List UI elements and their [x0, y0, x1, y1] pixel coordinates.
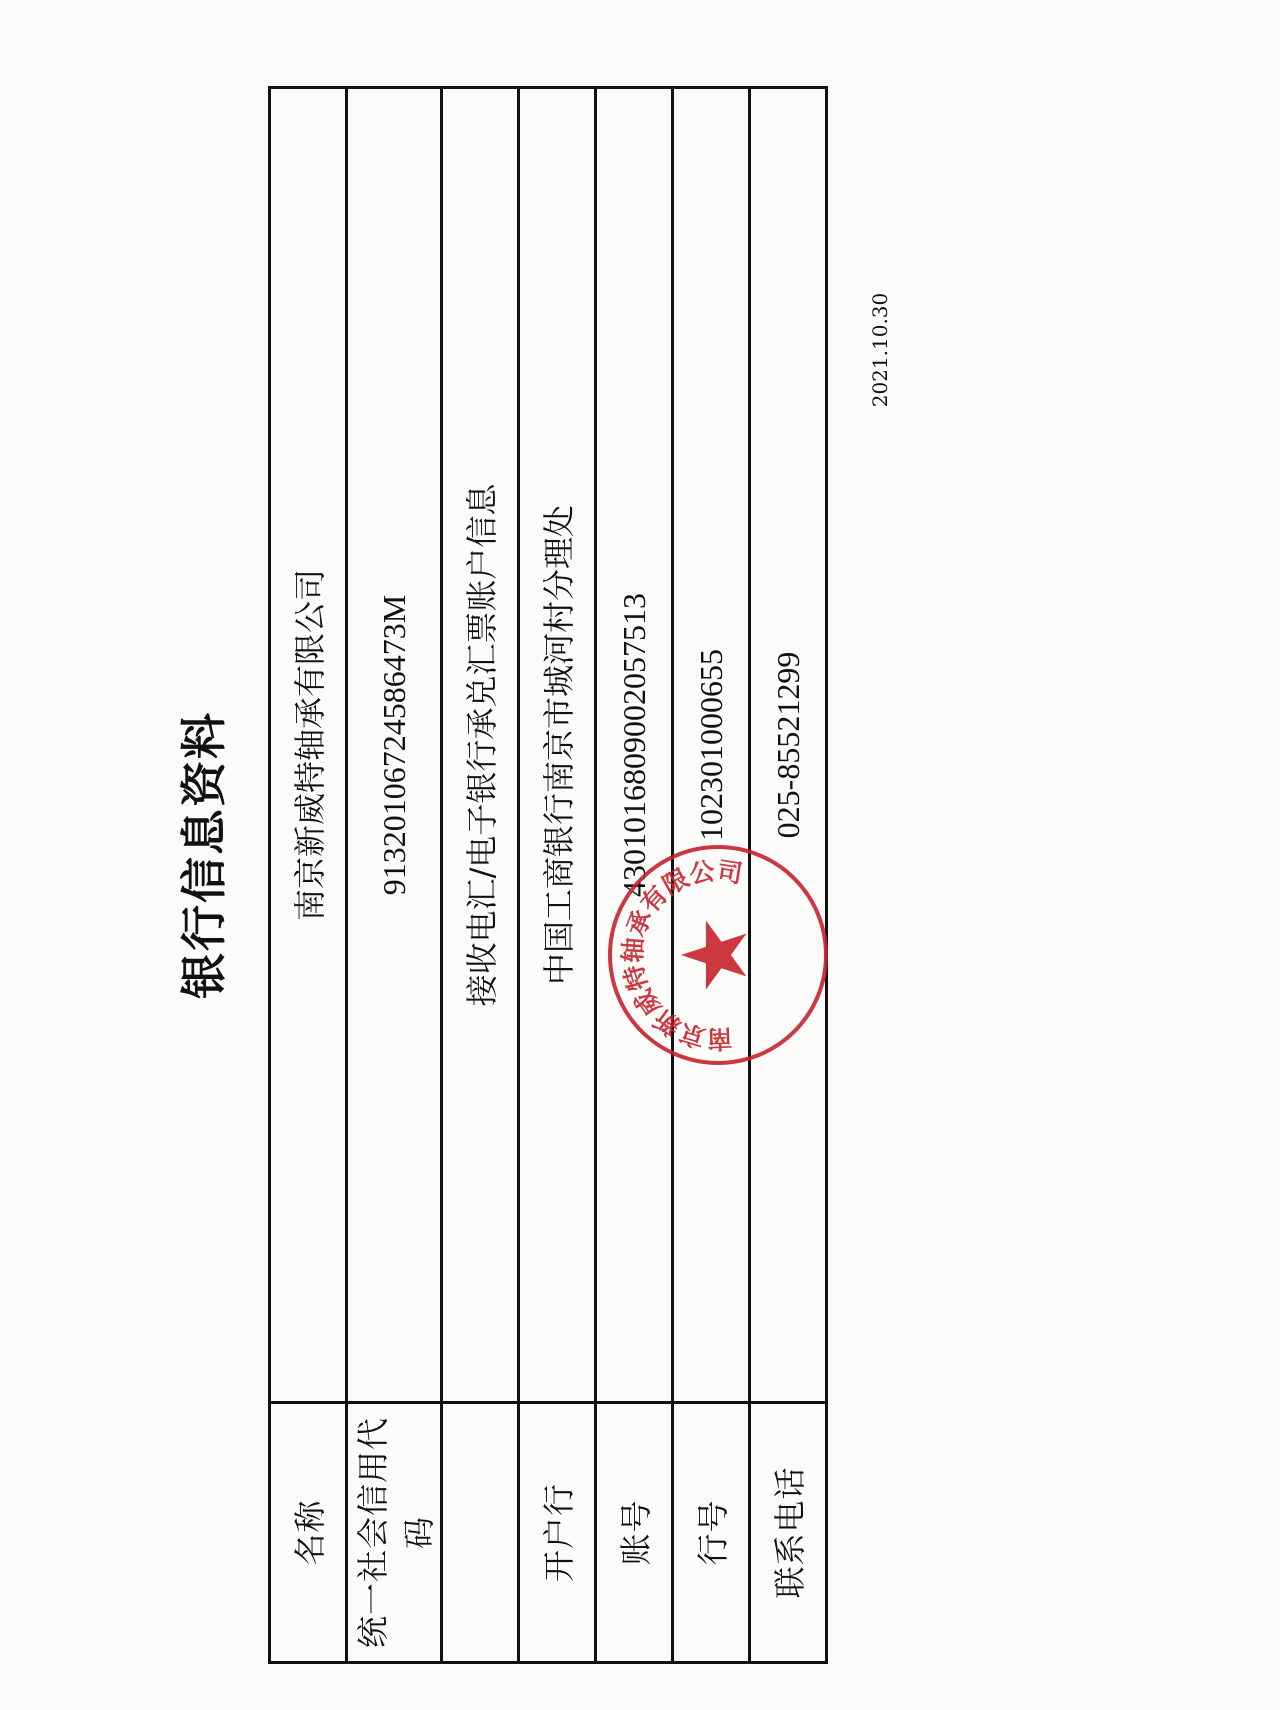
value-bank-code: 102301000655: [673, 88, 750, 1403]
table-row: 接收电汇/电子银行承兑汇票账户信息: [442, 88, 519, 1663]
value-credit-code: 91320106724586473M: [347, 88, 442, 1403]
document-date: 2021.10.30: [868, 270, 892, 430]
label-bank: 开户行: [519, 1403, 596, 1663]
value-phone: 025-85521299: [750, 88, 827, 1403]
star-icon: ★: [671, 915, 761, 996]
label-name: 名称: [270, 1403, 347, 1663]
document-page: 银行信息资料 名称 南京新威特轴承有限公司 统一社会信用代码 913201067…: [0, 0, 1280, 1710]
label-empty: [442, 1403, 519, 1663]
table-row: 名称 南京新威特轴承有限公司: [270, 88, 347, 1663]
label-credit-code: 统一社会信用代码: [347, 1403, 442, 1663]
label-account-number: 账号: [596, 1403, 673, 1663]
table-row: 统一社会信用代码 91320106724586473M: [347, 88, 442, 1663]
value-company-name: 南京新威特轴承有限公司: [270, 88, 347, 1403]
table-row: 开户行 中国工商银行南京市城河村分理处: [519, 88, 596, 1663]
company-seal: 南京新威特轴承有限公司 ★: [608, 845, 828, 1065]
label-bank-code: 行号: [673, 1403, 750, 1663]
label-phone: 联系电话: [750, 1403, 827, 1663]
page-title: 银行信息资料: [168, 0, 234, 1710]
value-account-number: 4301016809002057513: [596, 88, 673, 1403]
value-bank: 中国工商银行南京市城河村分理处: [519, 88, 596, 1403]
section-header-account-info: 接收电汇/电子银行承兑汇票账户信息: [442, 88, 519, 1403]
